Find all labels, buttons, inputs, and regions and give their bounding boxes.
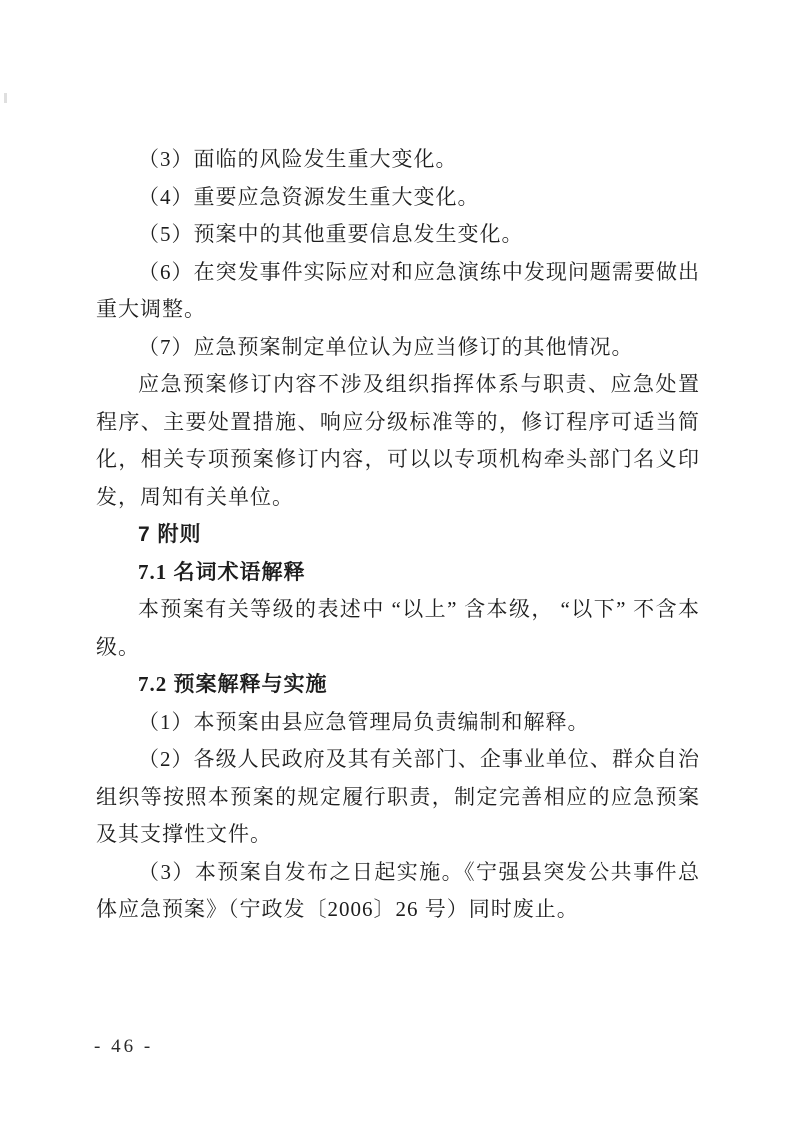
paragraph-item-6: （6）在突发事件实际应对和应急演练中发现问题需要做出重大调整。 — [96, 254, 700, 329]
paragraph-impl-item-1: （1）本预案由县应急管理局负责编制和解释。 — [96, 704, 700, 742]
paragraph-item-7: （7）应急预案制定单位认为应当修订的其他情况。 — [96, 329, 700, 367]
heading-supplementary-provisions: 7 附则 — [96, 516, 700, 554]
document-page: （3）面临的风险发生重大变化。 （4）重要应急资源发生重大变化。 （5）预案中的… — [0, 0, 793, 1122]
paragraph-revision-scope: 应急预案修订内容不涉及组织指挥体系与职责、应急处置程序、主要处置措施、响应分级标… — [96, 366, 700, 516]
paragraph-impl-item-3: （3）本预案自发布之日起实施。《宁强县突发公共事件总体应急预案》（宁政发〔200… — [96, 854, 700, 929]
heading-terminology: 7.1 名词术语解释 — [96, 554, 700, 592]
scan-artifact — [4, 93, 7, 103]
document-content: （3）面临的风险发生重大变化。 （4）重要应急资源发生重大变化。 （5）预案中的… — [96, 141, 700, 929]
paragraph-terminology-body: 本预案有关等级的表述中 “以上” 含本级， “以下” 不含本级。 — [96, 591, 700, 666]
paragraph-item-5: （5）预案中的其他重要信息发生变化。 — [96, 216, 700, 254]
page-number: - 46 - — [94, 1036, 153, 1058]
heading-interpretation-implementation: 7.2 预案解释与实施 — [96, 666, 700, 704]
paragraph-item-4: （4）重要应急资源发生重大变化。 — [96, 179, 700, 217]
paragraph-impl-item-2: （2）各级人民政府及其有关部门、企事业单位、群众自治组织等按照本预案的规定履行职… — [96, 741, 700, 854]
paragraph-item-3: （3）面临的风险发生重大变化。 — [96, 141, 700, 179]
